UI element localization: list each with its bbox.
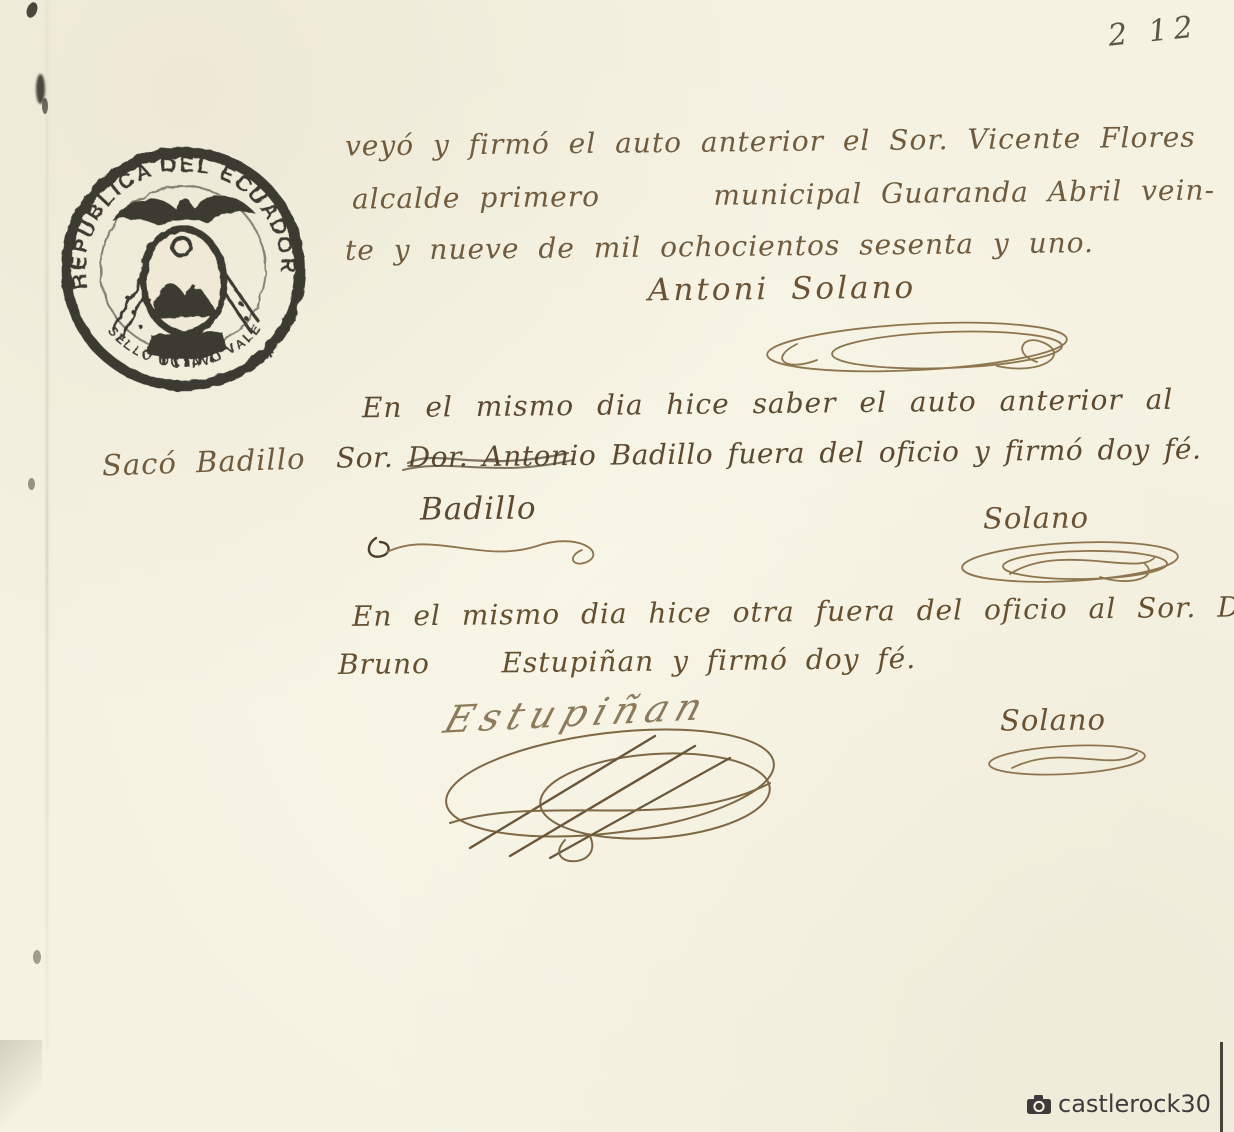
republica-del-ecuador-seal: REPUBLICA DEL ECUADOR SELLO OCTAVO VALE … (45, 121, 321, 416)
watermark-text: castlerock30 (1058, 1090, 1211, 1118)
handwritten-line: Bruno Estupiñan y firmó doy fé. (338, 645, 916, 679)
overwritten-text-scribble (398, 438, 578, 483)
paper-corner-shade (0, 1040, 42, 1132)
signature-flourish (415, 728, 815, 863)
signature-solano: Solano (1000, 705, 1106, 735)
signature-antoni-solano: Antoni Solano (648, 273, 916, 307)
seal-shield-oval (141, 227, 227, 336)
margin-note: Sacó Badillo (102, 444, 306, 480)
handwritten-line: alcalde primero municipal Guaranda Abril… (352, 176, 1215, 213)
handwritten-line: En el mismo dia hice otra fuera del ofic… (352, 593, 1234, 631)
watermark: castlerock30 (1026, 1090, 1211, 1118)
paper-speck (28, 478, 35, 490)
page-edge-line (1220, 1042, 1223, 1132)
paper-speck (33, 950, 41, 964)
handwritten-line: te y nueve de mil ochocientos sesenta y … (345, 229, 1094, 265)
paper-speck (25, 1, 40, 19)
document-scan-page: 2 12 REPUBLICA DEL ECUADOR SELLO OCTAVO … (0, 0, 1234, 1132)
corner-notation: 2 12 (1106, 9, 1200, 53)
signature-flourish (950, 532, 1190, 594)
signature-flourish (982, 738, 1152, 783)
signature-flourish (742, 314, 1072, 380)
camera-icon (1026, 1094, 1052, 1115)
signature-flourish (362, 512, 632, 574)
handwritten-line: veyó y firmó el auto anterior el Sor. Vi… (345, 124, 1196, 161)
handwritten-line: En el mismo dia hice saber el auto anter… (362, 386, 1174, 422)
signature-solano: Solano (983, 503, 1089, 533)
